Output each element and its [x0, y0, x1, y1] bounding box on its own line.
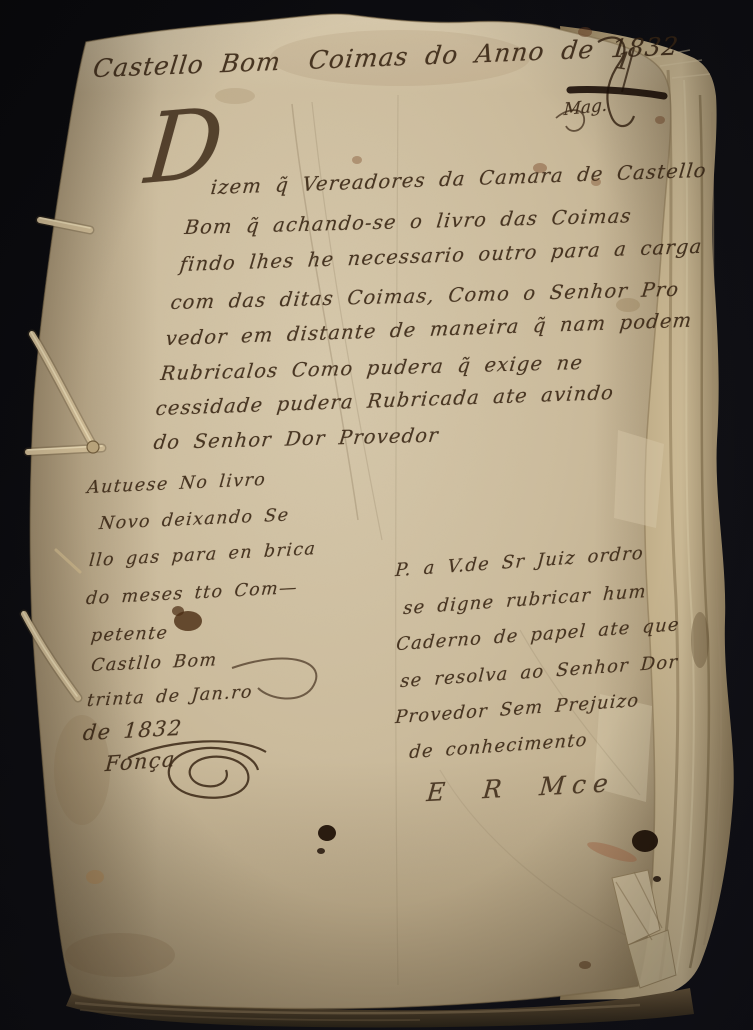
marginal-note-line: petente [90, 623, 169, 646]
marginal-signature: Fonça [104, 747, 176, 776]
manuscript-photo: Castello Bom Coimas do Anno de 1832 1 Ma… [0, 0, 753, 1030]
